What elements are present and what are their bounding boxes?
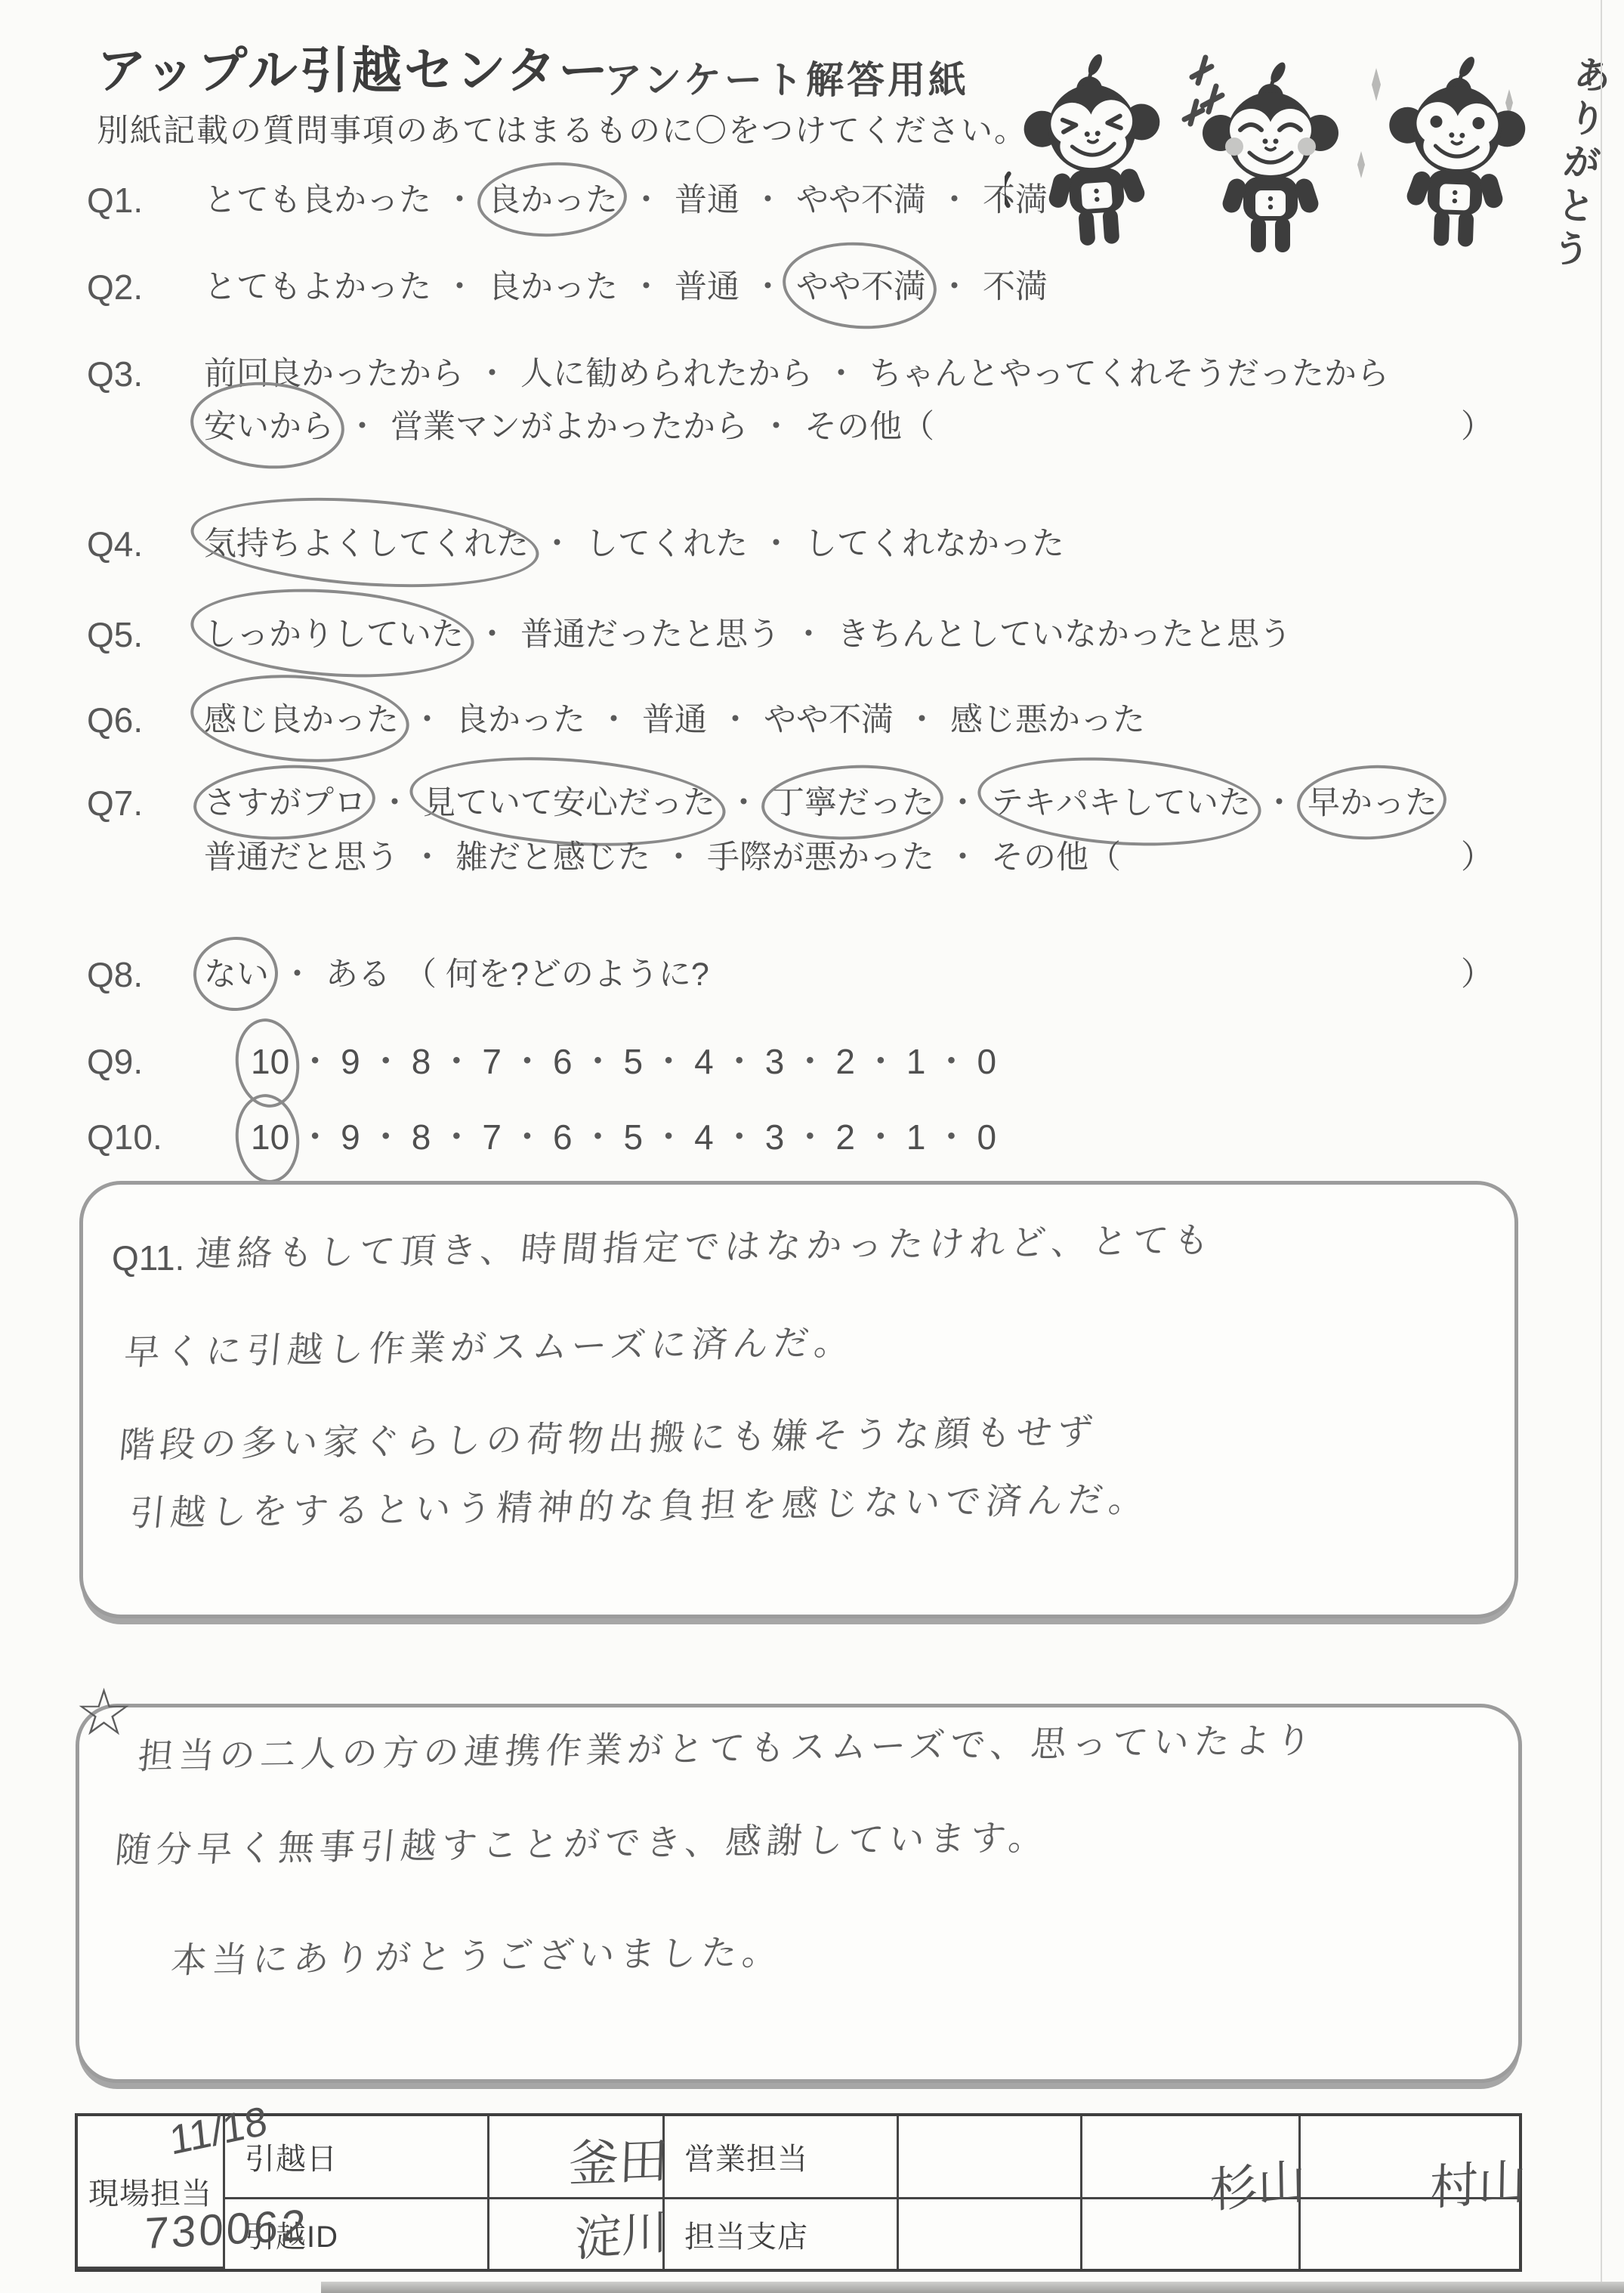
option-circled: しっかりしていた <box>204 610 464 660</box>
option-separator: ・ <box>597 695 630 745</box>
option-separator: ・ <box>298 1037 332 1086</box>
move-id-handwritten: 730062 <box>144 2200 310 2260</box>
question-row: Q6.感じ良かった・良かった・普通・やや不満・感じ悪かった <box>87 695 1522 745</box>
option-label: 人に勧められたから <box>520 349 813 399</box>
option-label: してくれなかった <box>804 519 1064 569</box>
option-separator: ・ <box>760 519 792 569</box>
option-label: 普通だと思う <box>204 833 399 882</box>
option-circled: 早かった <box>1308 778 1437 828</box>
option-circled: 感じ良かった <box>204 695 399 745</box>
option-separator: ・ <box>1263 778 1295 828</box>
handwritten-line: 早くに引越し作業がスムーズに済んだ。 <box>122 1314 857 1375</box>
option-separator: ・ <box>946 778 979 828</box>
question-row: Q9.10・9・8・7・6・5・4・3・2・1・0 <box>87 1037 1522 1086</box>
branch-handwritten: 淀川 <box>575 2194 668 2270</box>
question-row: Q4.気持ちよくしてくれた・してくれた・してくれなかった <box>87 519 1522 569</box>
option-separator: ・ <box>934 1112 969 1162</box>
branch-label: 担当支店 <box>665 2199 899 2269</box>
question-row: 普通だと思う・雑だと感じた・手際が悪かった・その他（） <box>87 833 1522 882</box>
option-separator: ・ <box>439 1112 474 1162</box>
option-label: 7 <box>482 1112 502 1162</box>
option-separator: ・ <box>581 1037 616 1086</box>
thanks-vertical-text: ありがとう <box>1539 52 1619 277</box>
close-paren: ） <box>1461 402 1493 452</box>
option-label: 4 <box>694 1112 714 1162</box>
question-row: Q7.さすがプロ・見ていて安心だった・丁寧だった・テキパキしていた・早かった <box>87 778 1522 828</box>
sales-rep-label: 営業担当 <box>665 2116 899 2199</box>
scan-edge-right <box>1601 0 1602 2293</box>
option-separator: ・ <box>863 1112 898 1162</box>
option-separator: ・ <box>727 778 760 828</box>
sales-rep-cell <box>899 2116 1082 2199</box>
question-id: Q9. <box>87 1037 204 1086</box>
option-separator: ・ <box>863 1037 898 1086</box>
option-separator: ・ <box>792 610 825 660</box>
option-separator: ・ <box>630 175 662 225</box>
option-separator: ・ <box>938 262 971 312</box>
handwritten-line: 本当にありがとうございました。 <box>169 1924 786 1983</box>
option-label: 普通 <box>675 262 739 312</box>
option-separator: ・ <box>722 1112 757 1162</box>
option-separator: ・ <box>651 1112 686 1162</box>
option-label: とても良かった <box>204 175 431 225</box>
handwritten-line: 連絡もして頂き、時間指定ではなかったけれど、とても <box>194 1212 1217 1277</box>
question-id: Q1. <box>87 175 204 225</box>
close-paren: ） <box>1461 950 1493 1000</box>
close-paren: ） <box>1461 833 1493 882</box>
option-separator: ・ <box>719 695 752 745</box>
scanned-survey-page: アップル引越センター アンケート解答用紙 別紙記載の質問事項のあてはまるものに〇… <box>0 0 1624 2293</box>
option-separator: ・ <box>281 950 313 1000</box>
option-label: きちんとしていなかったと思う <box>837 610 1292 660</box>
question-row: Q1.とても良かった・良かった・普通・やや不満・不満 <box>87 175 1522 225</box>
option-label: 8 <box>412 1037 431 1086</box>
option-separator: ・ <box>443 175 476 225</box>
option-separator: ・ <box>934 1037 969 1086</box>
option-label: その他（ <box>804 402 934 452</box>
sparkle-icon <box>1184 57 1222 124</box>
option-separator: ・ <box>510 1112 545 1162</box>
option-separator: ・ <box>541 519 573 569</box>
option-label: ある <box>326 950 391 1000</box>
question-row: 安いから・営業マンがよかったから・その他（） <box>87 402 1522 452</box>
option-label: 0 <box>977 1037 997 1086</box>
option-circled: 丁寧だった <box>772 778 934 828</box>
option-separator: ・ <box>439 1037 474 1086</box>
crew1-handwritten: 杉山 <box>1209 2142 1306 2222</box>
option-circled: 良かった <box>488 175 618 225</box>
option-circled: やや不満 <box>796 262 926 312</box>
star-comment-box: ☆ 担当の二人の方の連携作業がとてもスムーズで、思っていたより随分早く無事引越す… <box>76 1704 1522 2083</box>
option-label: 普通 <box>675 175 739 225</box>
option-circled: 10 <box>251 1037 289 1086</box>
handwritten-line: 引越しをするという精神的な負担を感じないで済んだ。 <box>128 1471 1152 1536</box>
question-row: Q10.10・9・8・7・6・5・4・3・2・1・0 <box>87 1112 1522 1162</box>
brand-title: アップル引越センター <box>97 30 610 102</box>
option-label: やや不満 <box>796 175 926 225</box>
q11-comment-box: Q11. 連絡もして頂き、時間指定ではなかったけれど、とても早くに引越し作業がス… <box>79 1181 1518 1618</box>
option-label: 雑だと感じた <box>455 833 650 882</box>
option-label: ちゃんとやってくれそうだったから <box>869 349 1389 399</box>
option-circled: 見ていて安心だった <box>423 778 715 828</box>
question-id: Q4. <box>87 519 204 569</box>
monkey-mascots-illustration: ありがとう <box>1005 23 1609 276</box>
option-label: 0 <box>977 1112 997 1162</box>
question-row: Q8.ない・ある（ 何を?どのように?） <box>87 950 1522 1000</box>
option-separator: ・ <box>792 1112 827 1162</box>
option-label: 8 <box>412 1112 431 1162</box>
scan-edge-bottom <box>321 2282 1624 2293</box>
question-id: Q2. <box>87 262 204 312</box>
option-separator: ・ <box>581 1112 616 1162</box>
option-label: 7 <box>482 1037 502 1086</box>
option-separator: ・ <box>651 1037 686 1086</box>
option-circled: 気持ちよくしてくれた <box>204 519 529 569</box>
option-circled: 安いから <box>204 402 334 452</box>
option-label: 2 <box>835 1112 855 1162</box>
question-row: Q5.しっかりしていた・普通だったと思う・きちんとしていなかったと思う <box>87 610 1522 660</box>
option-label: 2 <box>835 1037 855 1086</box>
option-separator: ・ <box>510 1037 545 1086</box>
option-separator: ・ <box>476 349 508 399</box>
question-id: Q7. <box>87 778 204 828</box>
option-label: その他（ <box>991 833 1121 882</box>
option-label: 普通 <box>642 695 707 745</box>
option-label: 9 <box>341 1037 360 1086</box>
question-row: Q2.とてもよかった・良かった・普通・やや不満・不満 <box>87 262 1522 312</box>
option-label: 3 <box>765 1112 785 1162</box>
question-id: Q10. <box>87 1112 204 1162</box>
option-separator: ・ <box>298 1112 332 1162</box>
option-label: 1 <box>906 1112 926 1162</box>
option-separator: ・ <box>369 1037 403 1086</box>
option-label: 9 <box>341 1112 360 1162</box>
branch-cell <box>899 2199 1082 2269</box>
star-icon: ☆ <box>75 1680 133 1745</box>
option-separator: ・ <box>792 1037 827 1086</box>
option-separator: ・ <box>443 262 476 312</box>
option-label: 手際が悪かった <box>707 833 934 882</box>
option-label: やや不満 <box>764 695 894 745</box>
option-label: 感じ悪かった <box>950 695 1145 745</box>
option-circled: テキパキしていた <box>991 778 1251 828</box>
question-id: Q6. <box>87 695 204 745</box>
option-separator: ・ <box>938 175 971 225</box>
option-label: 6 <box>553 1112 573 1162</box>
option-separator: ・ <box>722 1037 757 1086</box>
option-separator: ・ <box>476 610 508 660</box>
option-label: 3 <box>765 1037 785 1086</box>
option-label: 良かった <box>488 262 618 312</box>
question-id: Q5. <box>87 610 204 660</box>
option-separator: ・ <box>752 262 784 312</box>
option-label: 営業マンがよかったから <box>391 402 748 452</box>
option-label: 5 <box>624 1112 644 1162</box>
option-label: 不満 <box>983 175 1048 225</box>
handwritten-line: 階段の多い家ぐらしの荷物出搬にも嫌そうな顔もせず <box>117 1404 1101 1468</box>
option-label: とてもよかった <box>204 262 431 312</box>
option-separator: ・ <box>662 833 695 882</box>
option-separator: ・ <box>760 402 792 452</box>
option-suffix: （ 何を?どのように? <box>404 950 709 1000</box>
handwritten-line: 随分早く無事引越すことができ、感謝しています。 <box>113 1809 1051 1873</box>
option-label: 6 <box>553 1037 573 1086</box>
option-separator: ・ <box>630 262 662 312</box>
question-row: Q3.前回良かったから・人に勧められたから・ちゃんとやってくれそうだったから <box>87 349 1522 399</box>
option-label: 4 <box>694 1037 714 1086</box>
handwritten-line: 担当の二人の方の連携作業がとてもスムーズで、思っていたより <box>136 1712 1319 1779</box>
monkey-trio-art <box>1005 23 1548 276</box>
option-circled: ない <box>204 950 269 1000</box>
option-label: 良かった <box>455 695 585 745</box>
option-separator: ・ <box>411 833 443 882</box>
option-separator: ・ <box>825 349 857 399</box>
option-separator: ・ <box>346 402 378 452</box>
option-circled: 10 <box>251 1112 289 1162</box>
instruction-text: 別紙記載の質問事項のあてはまるものに〇をつけてください。 <box>97 106 1027 151</box>
option-circled: さすがプロ <box>204 778 366 828</box>
option-label: してくれた <box>585 519 748 569</box>
sheet-title: アンケート解答用紙 <box>604 50 969 104</box>
option-separator: ・ <box>378 778 411 828</box>
option-separator: ・ <box>369 1112 403 1162</box>
option-label: 不満 <box>983 262 1048 312</box>
option-label: 1 <box>906 1037 926 1086</box>
option-label: 普通だったと思う <box>520 610 780 660</box>
option-label: 前回良かったから <box>204 349 464 399</box>
question-id: Q8. <box>87 950 204 1000</box>
option-separator: ・ <box>411 695 443 745</box>
option-label: 5 <box>624 1037 644 1086</box>
crew2-handwritten: 村山 <box>1429 2143 1527 2219</box>
sales-rep-handwritten: 釜田 <box>567 2120 669 2196</box>
option-separator: ・ <box>906 695 938 745</box>
option-separator: ・ <box>752 175 784 225</box>
q11-label: Q11. <box>112 1238 184 1278</box>
footer-table: 引越日 営業担当 現場担当 引越ID 担当支店 11/18 730062 釜田 … <box>75 2113 1522 2272</box>
option-separator: ・ <box>946 833 979 882</box>
question-id: Q3. <box>87 349 204 399</box>
